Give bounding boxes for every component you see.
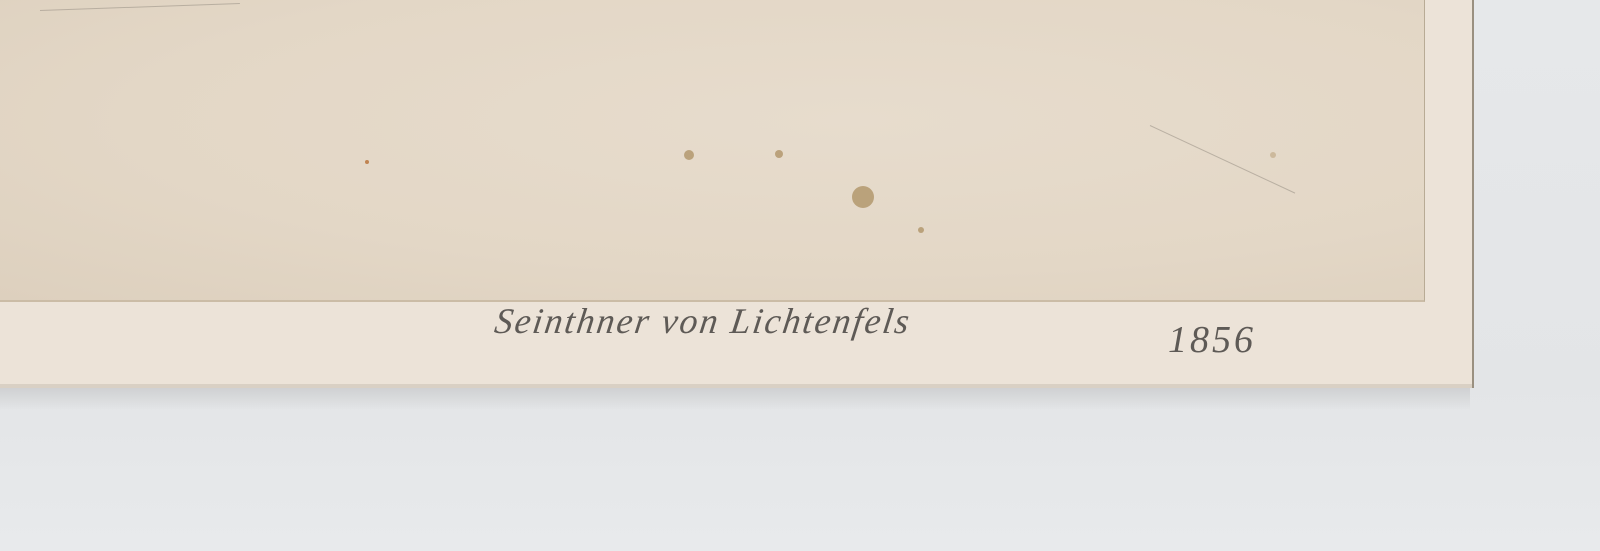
foxing-spot bbox=[365, 160, 369, 164]
mount-board: Seinthner von Lichtenfels 1856 bbox=[0, 0, 1474, 388]
foxing-spot bbox=[684, 150, 694, 160]
mount-bottom-edge bbox=[0, 384, 1472, 388]
foxing-spot bbox=[775, 150, 783, 158]
artist-inscription: Seinthner von Lichtenfels bbox=[492, 300, 914, 342]
drawing-sheet bbox=[0, 0, 1425, 302]
foxing-spot bbox=[1270, 152, 1276, 158]
foxing-spot bbox=[852, 186, 874, 208]
sketch-line bbox=[40, 3, 240, 11]
foxing-spot bbox=[918, 227, 924, 233]
sketch-line bbox=[1150, 125, 1295, 194]
date-inscription: 1856 bbox=[1168, 318, 1256, 362]
